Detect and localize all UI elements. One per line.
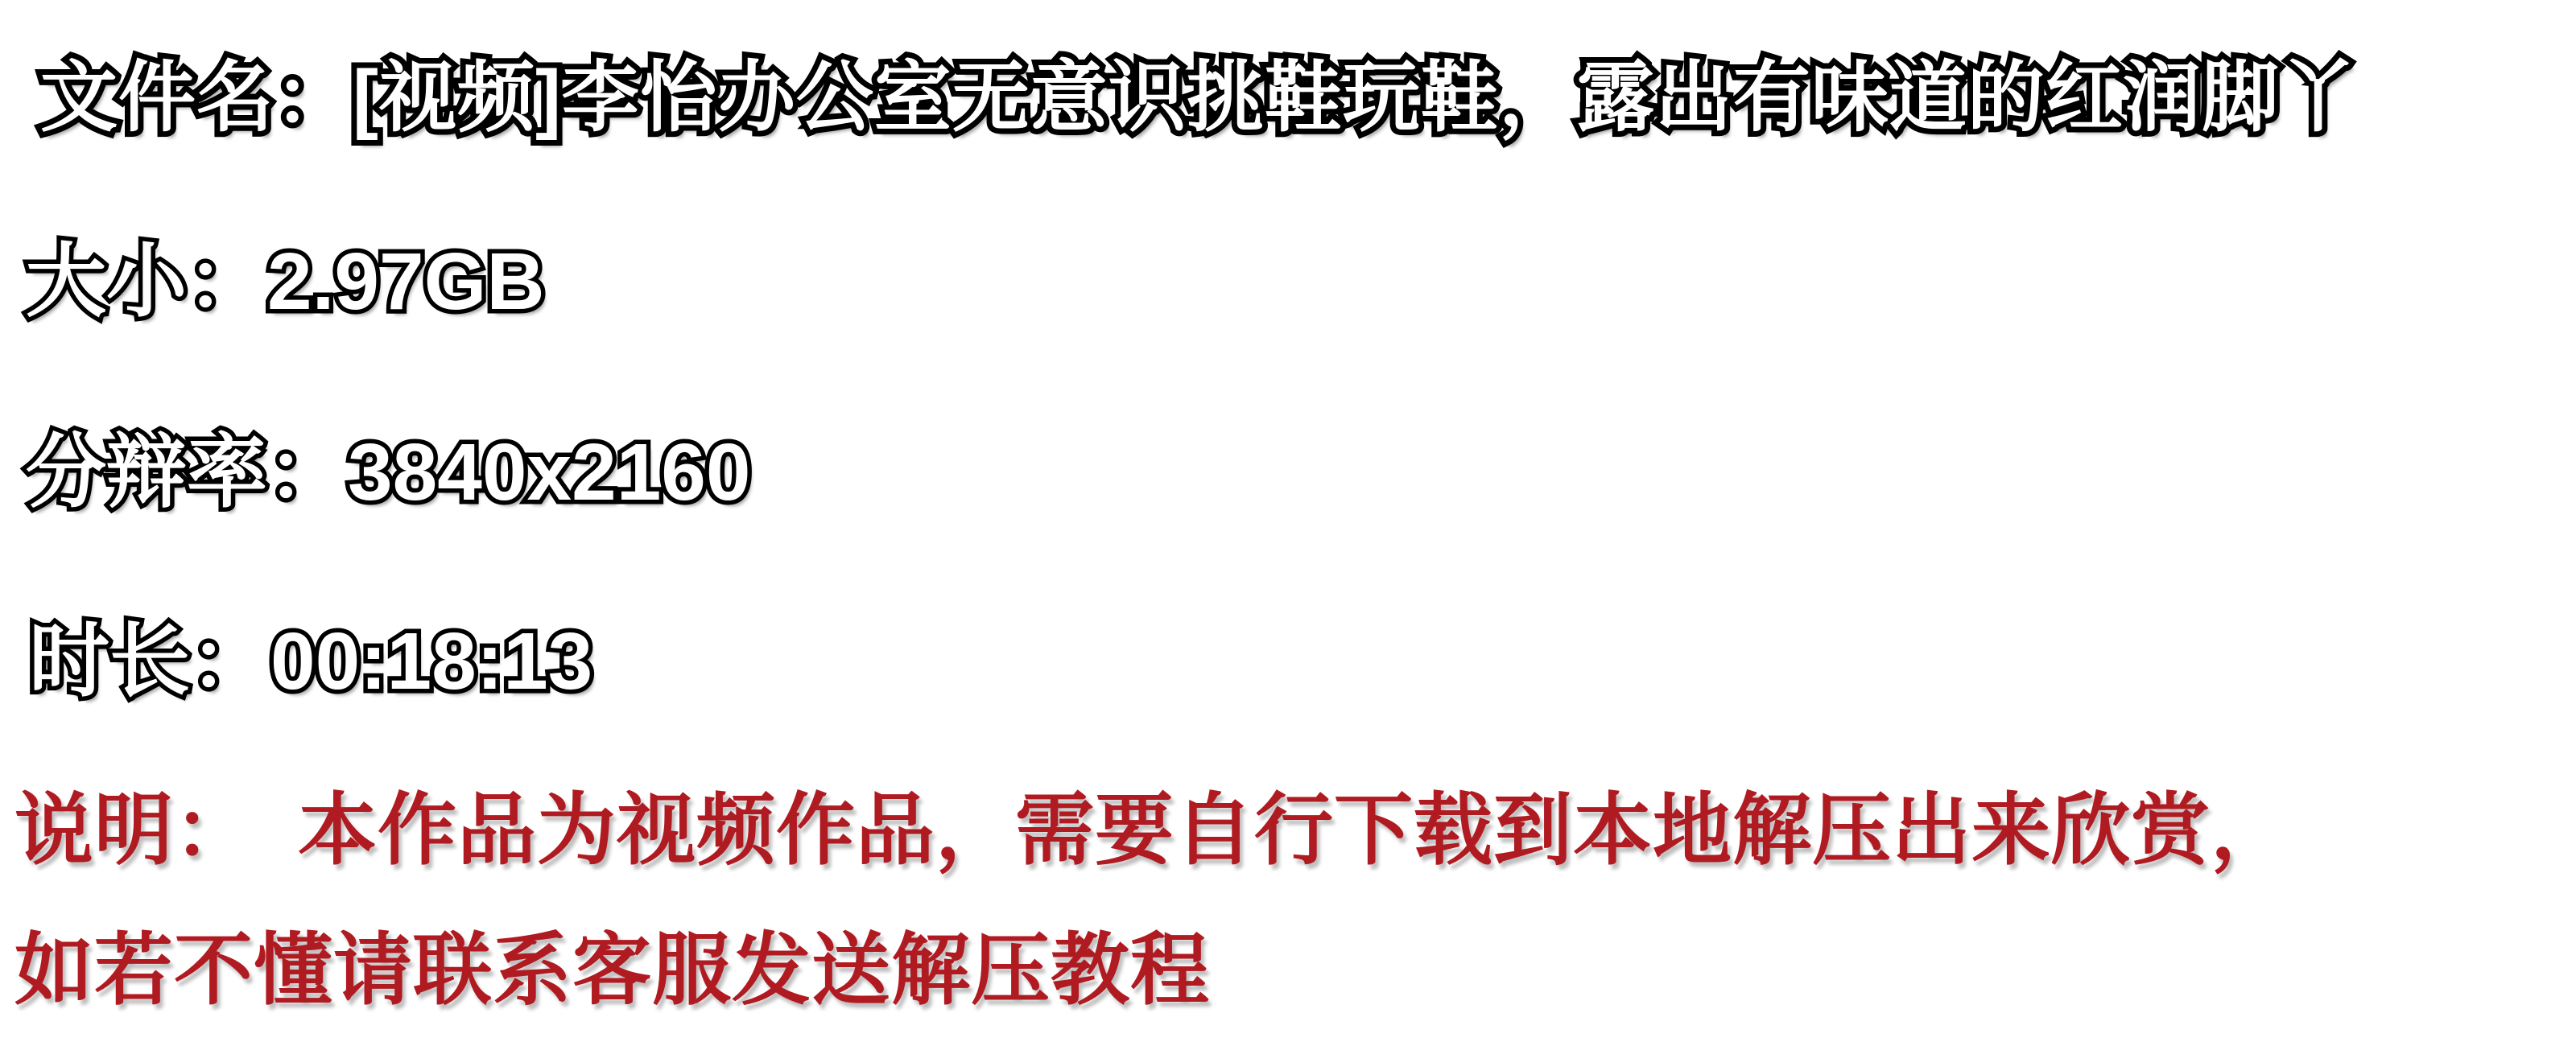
duration-line: 时长：00:18:13 时长：00:18:13 [29, 621, 592, 702]
size-line: 大小：2.97GB 大小：2.97GB [26, 241, 545, 322]
notice-line-2: 如若不懂请联系客服发送解压教程 [14, 930, 1210, 1009]
resolution-label: 分辩率： [26, 427, 348, 517]
duration-text: 时长：00:18:13 [29, 616, 592, 706]
resolution-line: 分辩率：3840x2160 分辩率：3840x2160 [26, 432, 751, 513]
filename-text: 文件名：[视频]李怡办公室无意识挑鞋玩鞋，露出有味道的红润脚丫 [40, 55, 2358, 141]
filename-line: 文件名：[视频]李怡办公室无意识挑鞋玩鞋，露出有味道的红润脚丫 文件名：[视频]… [40, 60, 2358, 137]
notice-label: 说明： [14, 785, 254, 874]
filename-label: 文件名： [40, 55, 353, 141]
notice-line-1: 说明：本作品为视频作品，需要自行下载到本地解压出来欣赏， [14, 790, 2290, 869]
duration-value: 00:18:13 [270, 616, 592, 706]
notice-text-1: 本作品为视频作品，需要自行下载到本地解压出来欣赏， [298, 785, 2290, 874]
filename-value: [视频]李怡办公室无意识挑鞋玩鞋，露出有味道的红润脚丫 [353, 55, 2358, 141]
resolution-value: 3840x2160 [348, 427, 751, 517]
duration-label: 时长： [29, 616, 270, 706]
resolution-text: 分辩率：3840x2160 [26, 427, 751, 517]
size-label: 大小： [26, 237, 267, 327]
file-info-card: 文件名：[视频]李怡办公室无意识挑鞋玩鞋，露出有味道的红润脚丫 文件名：[视频]… [0, 0, 2576, 1046]
size-value: 2.97GB [267, 237, 545, 327]
size-text: 大小：2.97GB [26, 237, 545, 327]
notice-text-2: 如若不懂请联系客服发送解压教程 [14, 925, 1210, 1014]
